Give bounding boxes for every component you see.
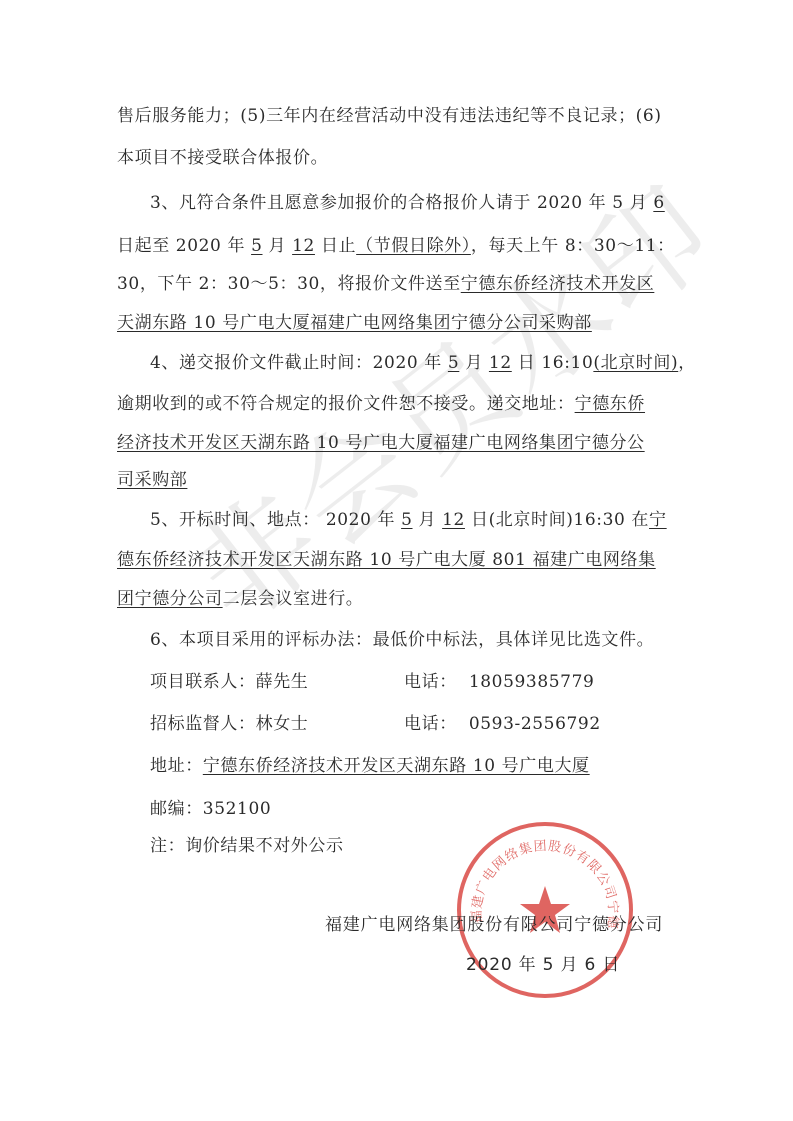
text: 5、开标时间、地点： 2020 年 bbox=[150, 510, 401, 530]
contact-person: 项目联系人：薛先生 bbox=[150, 670, 308, 694]
item-3-line-1: 3、凡符合条件且愿意参加报价的合格报价人请于 2020 年 5 月 6 bbox=[150, 191, 665, 215]
text: 30，下午 2：30～5：30，将报价文件送至 bbox=[117, 274, 461, 294]
item-4-line-1: 4、递交报价文件截止时间：2020 年 5 月 12 日 16:10(北京时间)… bbox=[150, 351, 696, 375]
item-4-line-2: 逾期收到的或不符合规定的报价文件恕不接受。递交地址：宁德东侨 bbox=[117, 392, 645, 416]
text: 月 bbox=[459, 353, 489, 373]
text: ，每天上午 8：30～11： bbox=[471, 236, 675, 256]
phone-number: 18059385779 bbox=[469, 672, 595, 692]
text: ， bbox=[678, 353, 696, 373]
supervisor-person: 招标监督人：林女士 bbox=[150, 712, 308, 736]
underlined-text: （节假日除外） bbox=[356, 236, 471, 256]
underlined-text: 12 bbox=[489, 353, 512, 373]
text: 逾期收到的或不符合规定的报价文件恕不接受。递交地址： bbox=[117, 394, 575, 414]
address-value: 宁德东侨经济技术开发区天湖东路 10 号广电大厦 bbox=[203, 756, 590, 776]
underlined-text: 5 bbox=[448, 353, 459, 373]
note-line: 注：询价结果不对外公示 bbox=[150, 834, 344, 858]
phone-label: 电话： bbox=[404, 714, 457, 734]
text: 日(北京时间)16:30 在 bbox=[465, 510, 649, 530]
paragraph-line: 售后服务能力；(5)三年内在经营活动中没有违法违纪等不良记录；(6) bbox=[117, 104, 662, 128]
paragraph-line: 本项目不接受联合体报价。 bbox=[117, 146, 328, 170]
underlined-text: 12 bbox=[442, 510, 465, 530]
address-line: 地址：宁德东侨经济技术开发区天湖东路 10 号广电大厦 bbox=[150, 754, 590, 778]
underlined-text: 5 bbox=[401, 510, 412, 530]
underlined-text: 12 bbox=[292, 236, 315, 256]
signature-company: 福建广电网络集团股份有限公司宁德分公司 bbox=[325, 913, 663, 937]
underlined-text: (北京时间) bbox=[593, 353, 678, 373]
item-5-line-3: 团宁德分公司二层会议室进行。 bbox=[117, 587, 363, 611]
contact-phone: 电话： 18059385779 bbox=[404, 670, 594, 694]
document-page: 非会员水印 售后服务能力；(5)三年内在经营活动中没有违法违纪等不良记录；(6)… bbox=[0, 0, 793, 1121]
item-5-line-2: 德东侨经济技术开发区天湖东路 10 号广电大厦 801 福建广电网络集 bbox=[117, 548, 656, 572]
underlined-text: 6 bbox=[653, 193, 664, 213]
item-3-line-2: 日起至 2020 年 5 月 12 日止（节假日除外），每天上午 8：30～11… bbox=[117, 234, 675, 258]
text: 3、凡符合条件且愿意参加报价的合格报价人请于 2020 年 5 月 bbox=[150, 193, 653, 213]
underlined-text: 德东侨经济技术开发区天湖东路 10 号广电大厦 801 福建广电网络集 bbox=[117, 550, 656, 570]
underlined-text: 经济技术开发区天湖东路 10 号广电大厦福建广电网络集团宁德分公 bbox=[117, 433, 645, 453]
phone-label: 电话： bbox=[404, 672, 457, 692]
underlined-text: 5 bbox=[251, 236, 262, 256]
text: 二层会议室进行。 bbox=[223, 589, 364, 609]
item-3-line-4: 天湖东路 10 号广电大厦福建广电网络集团宁德分公司采购部 bbox=[117, 311, 592, 335]
item-5-line-1: 5、开标时间、地点： 2020 年 5 月 12 日(北京时间)16:30 在宁 bbox=[150, 508, 667, 532]
underlined-text: 天湖东路 10 号广电大厦福建广电网络集团宁德分公司采购部 bbox=[117, 313, 592, 333]
item-3-line-3: 30，下午 2：30～5：30，将报价文件送至宁德东侨经济技术开发区 bbox=[117, 272, 654, 296]
text: 月 bbox=[413, 510, 443, 530]
address-label: 地址： bbox=[150, 756, 203, 776]
postcode-line: 邮编：352100 bbox=[150, 797, 271, 821]
text: 日止 bbox=[315, 236, 356, 256]
text: 日 16:10 bbox=[512, 353, 594, 373]
underlined-text: 宁 bbox=[649, 510, 667, 530]
underlined-text: 宁德东侨经济技术开发区 bbox=[461, 274, 655, 294]
item-6-line: 6、本项目采用的评标办法：最低价中标法，具体详见比选文件。 bbox=[150, 628, 654, 652]
underlined-text: 团宁德分公司 bbox=[117, 589, 223, 609]
text: 月 bbox=[263, 236, 293, 256]
signature-date: 2020 年 5 月 6 日 bbox=[466, 953, 620, 977]
item-4-line-4: 司采购部 bbox=[117, 468, 187, 492]
item-4-line-3: 经济技术开发区天湖东路 10 号广电大厦福建广电网络集团宁德分公 bbox=[117, 431, 645, 455]
supervisor-phone: 电话： 0593-2556792 bbox=[404, 712, 601, 736]
underlined-text: 司采购部 bbox=[117, 470, 187, 490]
underlined-text: 宁德东侨 bbox=[575, 394, 645, 414]
text: 日起至 2020 年 bbox=[117, 236, 251, 256]
phone-number: 0593-2556792 bbox=[469, 714, 601, 734]
text: 4、递交报价文件截止时间：2020 年 bbox=[150, 353, 448, 373]
